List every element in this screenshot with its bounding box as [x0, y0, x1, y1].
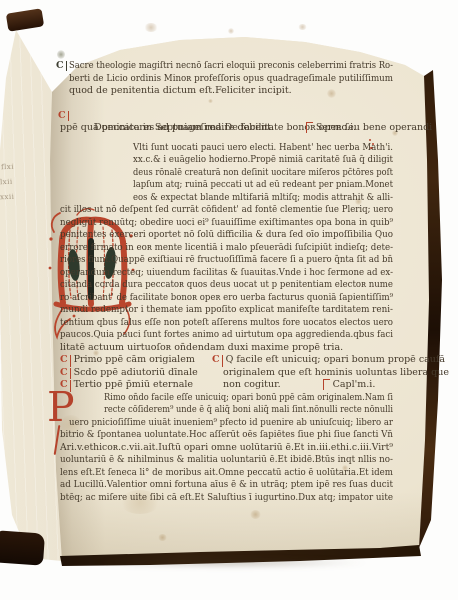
- text-line: Ari.v.ethicoʀ.c.vii.ait.Iuſtū opari omne…: [60, 442, 393, 455]
- three-points-list: CPrimo ppē cām origialem CQ facile eſt u…: [60, 354, 393, 392]
- paragraph-1-full-lines: cit illos ut nō deſpent ſed currāt cōfid…: [60, 204, 393, 354]
- rubric-line-1: Dominica in Septuageſima.De facilitate b…: [70, 110, 393, 123]
- text-line: uero pnicioſiſſime uiuāt inueniem⁹ pfect…: [69, 417, 393, 430]
- photo-stage: flxi lxii xxii C Sacre theologie magiſtr…: [0, 0, 458, 600]
- rubric-line-2: ppē quā peccatores ad pniam redire deben…: [60, 122, 393, 135]
- text-line: operandum recteq; uiuendum facilitas & ſ…: [60, 267, 393, 280]
- rubric-line-2-text: ppē quā peccatores ad pniam redire deben…: [60, 122, 274, 135]
- foxing-spot: [250, 510, 261, 519]
- sermon-rubric: C Dominica in Septuageſima.De facilitate…: [60, 110, 393, 135]
- foxing-spot: [228, 28, 234, 34]
- capitulum-mark: C: [58, 110, 70, 121]
- incipit-heading: C Sacre theologie magiſtri necnō ſacri e…: [60, 60, 393, 98]
- capitulum-mark: C: [60, 367, 72, 380]
- text-line: btēq; ac miſere uite ſibi cā eſt.Et Salu…: [60, 492, 393, 505]
- paragraph-2-full-lines: bitrio & ſpontanea uoluntate.Hoc aſſerūt…: [60, 429, 393, 504]
- chapter-label: Capl'm.i.: [333, 379, 376, 392]
- spine-bottom: [0, 530, 45, 565]
- text-line: riores fiunt.Quappē exiſtiaui rē fructuo…: [60, 254, 393, 267]
- capitulum-mark: C: [212, 354, 224, 367]
- text-line: penitentes exerceri oportet nō ſolū diff…: [60, 229, 393, 242]
- text-line: errore firmato in eoʀ mente licentiā i m…: [60, 242, 393, 255]
- paragraph-bracket-mark: [323, 379, 330, 390]
- text-line: recte cōſiderem⁹ unde ē q̄ aliq̄ boni al…: [104, 404, 393, 417]
- text-line: lens eſt.Et ſeneca li° de moribus ait.Om…: [60, 467, 393, 480]
- foxing-spot: [158, 534, 167, 541]
- text-line: berti de Licio ordinis Minoʀ profeſſoris…: [69, 73, 393, 86]
- capitulum-mark: C: [56, 60, 68, 71]
- paragraph-1: Vlti ſunt uocati pauci uero electi. Habe…: [60, 142, 393, 355]
- incipit-lines: Sacre theologie magiſtri necnō ſacri elo…: [69, 60, 393, 98]
- paragraph-2: P Rimo on̄do facile eſſe unicuiq; opari …: [60, 392, 393, 505]
- text-line: xx.c.& i euāgelio hodierno.Propē nimiā c…: [133, 154, 393, 167]
- text-line: citanda corda dura peccatoʀ quos deus uo…: [60, 279, 393, 292]
- summary-line-2: originalem que eſt hominis uoluntas libe…: [223, 367, 449, 378]
- text-line: deus rōnalē creaturā non deſinit uocitar…: [133, 167, 393, 180]
- foxing-spot: [298, 24, 307, 30]
- ink-spot: [57, 50, 65, 59]
- text-line: uoluntariū ē & nihilminus & malitia uolu…: [60, 454, 393, 467]
- text-line: negligūt renuūtq; obedire uoci ei⁹ ſuaui…: [60, 217, 393, 230]
- text-column: C Sacre theologie magiſtri necnō ſacri e…: [60, 60, 393, 504]
- capitulum-mark: C: [60, 354, 72, 367]
- text-line: paucos.Quia pauci ſunt fortes animo ad u…: [60, 329, 393, 342]
- paragraph-2-opening-lines: Rimo on̄do facile eſſe unicuiq; opari bo…: [104, 392, 393, 417]
- three-points-row: CTertio ppē p̄miū eternale non cogitur. …: [60, 379, 393, 392]
- sermon-number: Sermo.i.: [316, 122, 356, 135]
- text-line: lapſum atq; ruinā peccati ut ad eū redea…: [133, 179, 393, 192]
- text-line: eos & expectat blande mltifariā mltiſq; …: [133, 192, 393, 205]
- three-points-row: CPrimo ppē cām origialem CQ facile eſt u…: [60, 354, 393, 367]
- paragraph-bracket-mark: [306, 122, 313, 133]
- three-points-row: CScdo ppē adiutoriū dīnale originalem qu…: [60, 367, 393, 380]
- book-shadow: [45, 558, 415, 570]
- text-line: ad Lucillū.Valentior omni fortuna aīus ē…: [60, 479, 393, 492]
- point-1-label: Primo ppē cām origialem: [74, 354, 195, 365]
- text-line: Rimo on̄do facile eſſe unicuiq; opari bo…: [104, 392, 393, 405]
- text-line: quod de penitentia dictum eſt.Feliciter …: [69, 85, 393, 98]
- text-line: mundi redemptor i themate iam ppoſito ex…: [60, 304, 393, 317]
- marginal-note: lxii: [0, 178, 13, 186]
- text-line: ro aſcribant' de facilitate bonoʀ opeʀ e…: [60, 292, 393, 305]
- marginal-note: flxi: [1, 163, 14, 171]
- text-line: litatē actuum uirtuoſoʀ on̄dendam duxi m…: [60, 342, 393, 355]
- summary-line-3: non cogitur.: [223, 379, 281, 392]
- text-line: Sacre theologie magiſtri necnō ſacri elo…: [69, 60, 393, 73]
- paragraph-1-indented-lines: Vlti ſunt uocati pauci uero electi. Habe…: [133, 142, 393, 205]
- spine-headband: [6, 8, 44, 31]
- text-line: bitrio & ſpontanea uoluntate.Hoc aſſerūt…: [60, 429, 393, 442]
- paragraph-2-indent-line: uero pnicioſiſſime uiuāt inueniem⁹ pfect…: [69, 417, 393, 430]
- text-line: Vlti ſunt uocati pauci uero electi. Habe…: [133, 142, 393, 155]
- summary-line-1: Q facile eſt unicuiq; opari bonum propē …: [226, 354, 446, 365]
- foxing-spot: [144, 23, 158, 32]
- text-line: cit illos ut nō deſpent ſed currāt cōfid…: [60, 204, 393, 217]
- text-line: tentium qbus ſalus eſſe non poteſt aſſer…: [60, 317, 393, 330]
- marginal-note: xxii: [0, 193, 15, 201]
- point-2-label: Scdo ppē adiutoriū dīnale: [74, 367, 198, 378]
